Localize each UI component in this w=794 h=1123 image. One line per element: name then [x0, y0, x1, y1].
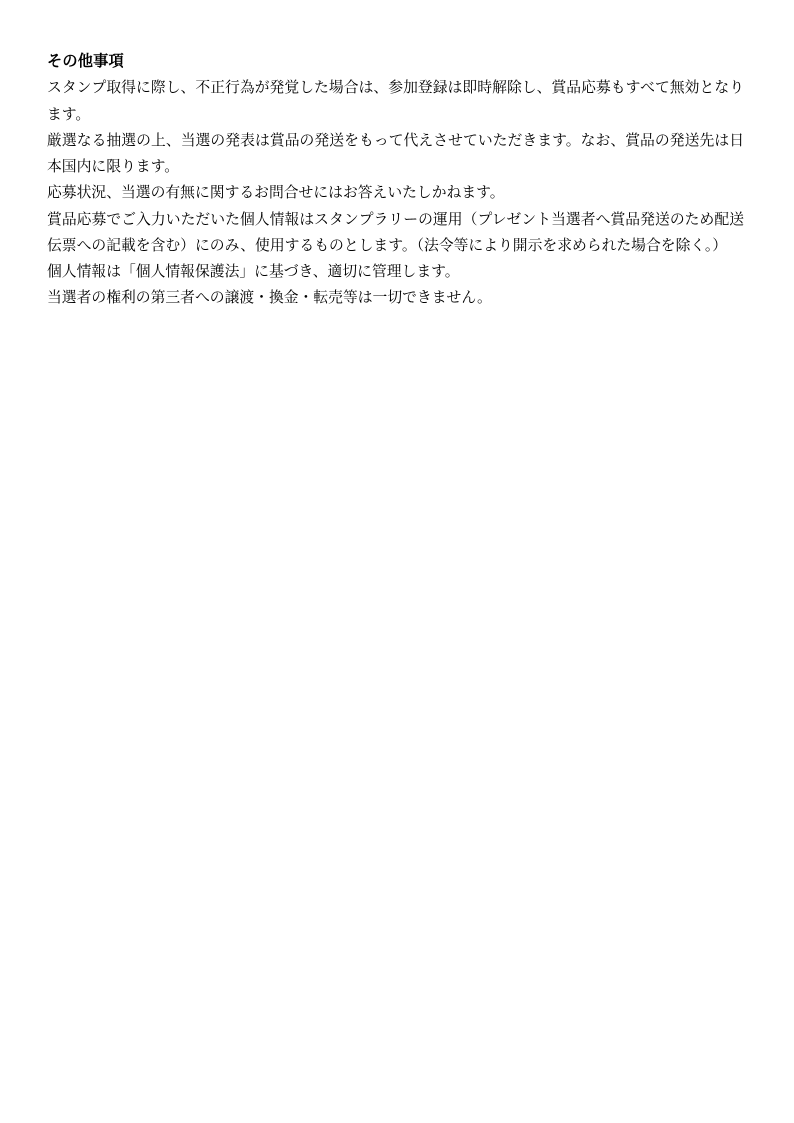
document-page: その他事項 スタンプ取得に際し、不正行為が発覚した場合は、参加登録は即時解除し、…	[0, 0, 794, 1123]
terms-line-8: 個人情報は「個人情報保護法」に基づき、適切に管理します。	[47, 259, 744, 285]
terms-section: その他事項 スタンプ取得に際し、不正行為が発覚した場合は、参加登録は即時解除し、…	[47, 49, 744, 312]
terms-line-5: 応募状況、当選の有無に関するお問合せにはお答えいたしかねます。	[47, 180, 744, 206]
terms-line-2: ます。	[47, 102, 744, 128]
terms-line-6: 賞品応募でご入力いただいた個人情報はスタンプラリーの運用（プレゼント当選者へ賞品…	[47, 207, 744, 233]
terms-line-4: 本国内に限ります。	[47, 154, 744, 180]
terms-line-9: 当選者の権利の第三者への譲渡・換金・転売等は一切できません。	[47, 285, 744, 311]
terms-line-1: スタンプ取得に際し、不正行為が発覚した場合は、参加登録は即時解除し、賞品応募もす…	[47, 75, 744, 101]
terms-line-3: 厳選なる抽選の上、当選の発表は賞品の発送をもって代えさせていただきます。なお、賞…	[47, 128, 744, 154]
section-heading: その他事項	[47, 49, 744, 75]
terms-line-7: 伝票への記載を含む）にのみ、使用するものとします。（法令等により開示を求められた…	[47, 233, 744, 259]
